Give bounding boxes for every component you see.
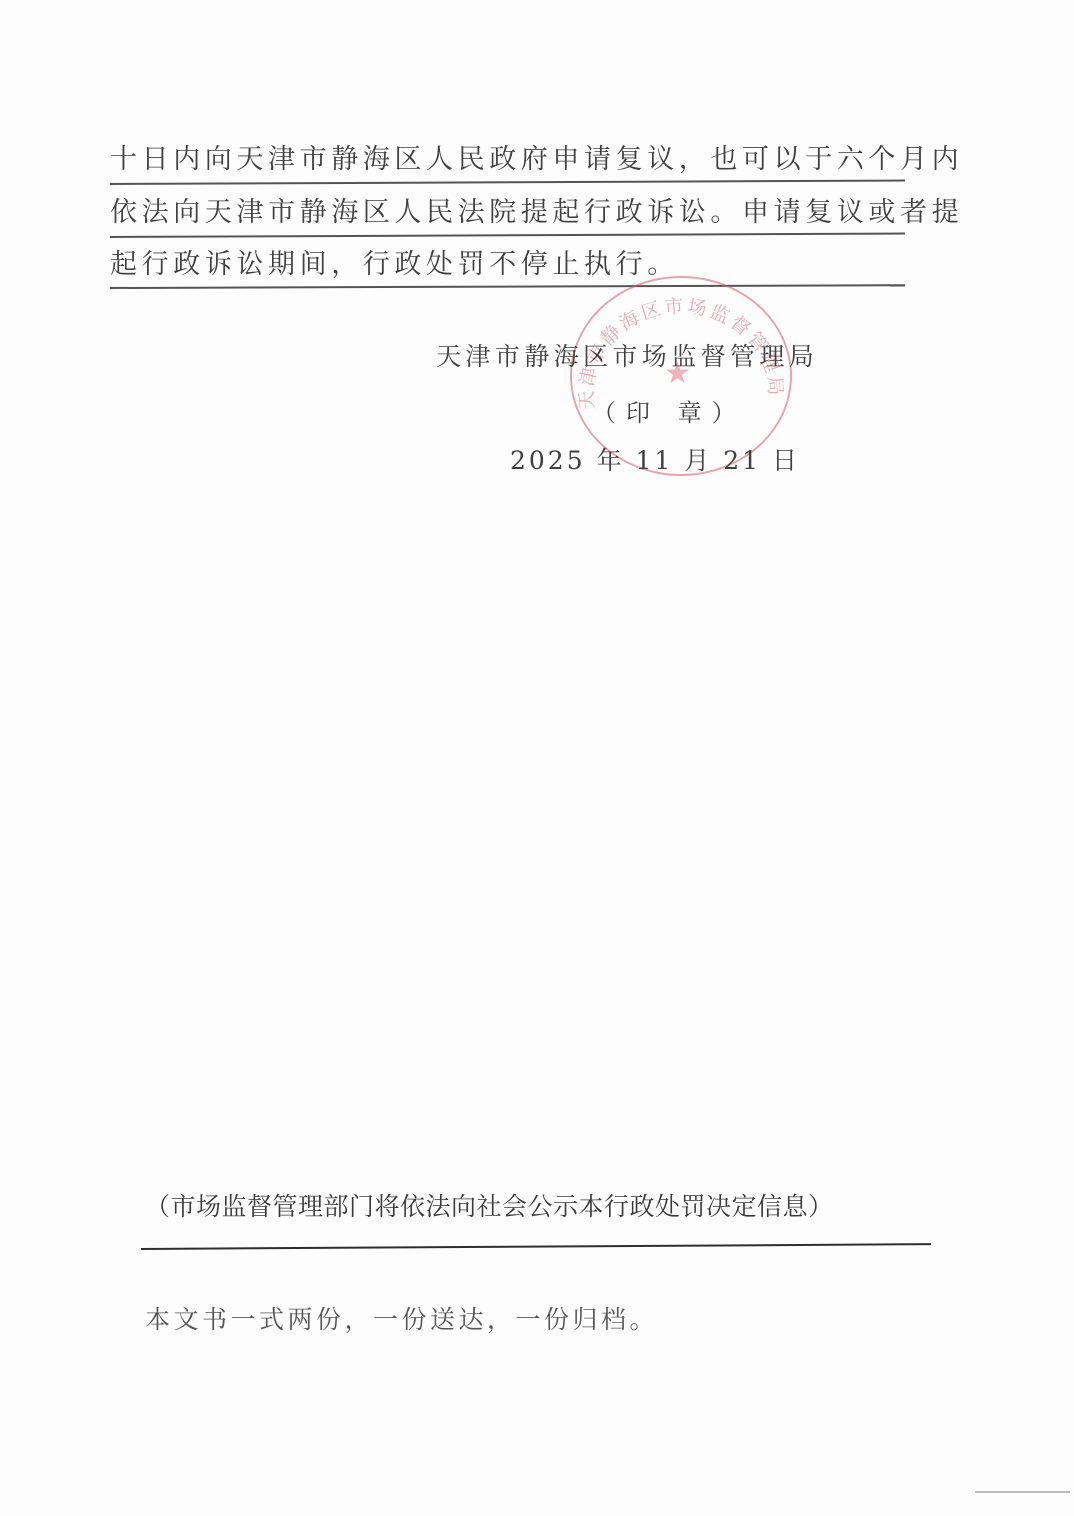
underline-1 [110, 180, 905, 185]
underline-2 [110, 233, 905, 238]
copies-note: 本文书一式两份，一份送达，一份归档。 [145, 1300, 658, 1336]
divider-line [141, 1243, 931, 1250]
scan-edge-mark [975, 1491, 1070, 1493]
body-line-3: 起行政诉讼期间，行政处罚不停止执行。 [110, 245, 905, 285]
issuing-organization: 天津市静海区市场监督管理局 [436, 337, 818, 373]
document-page: 十日内向天津市静海区人民政府申请复议，也可以于六个月内 依法向天津市静海区人民法… [0, 0, 1074, 1516]
seal-label: （印 章） [592, 393, 746, 428]
body-line-1: 十日内向天津市静海区人民政府申请复议，也可以于六个月内 [110, 140, 905, 180]
body-line-2: 依法向天津市静海区人民法院提起行政诉讼。申请复议或者提 [110, 193, 905, 233]
issue-date: 2025 年 11 月 21 日 [510, 441, 800, 477]
public-notice: （市场监督管理部门将依法向社会公示本行政处罚决定信息） [145, 1187, 834, 1223]
